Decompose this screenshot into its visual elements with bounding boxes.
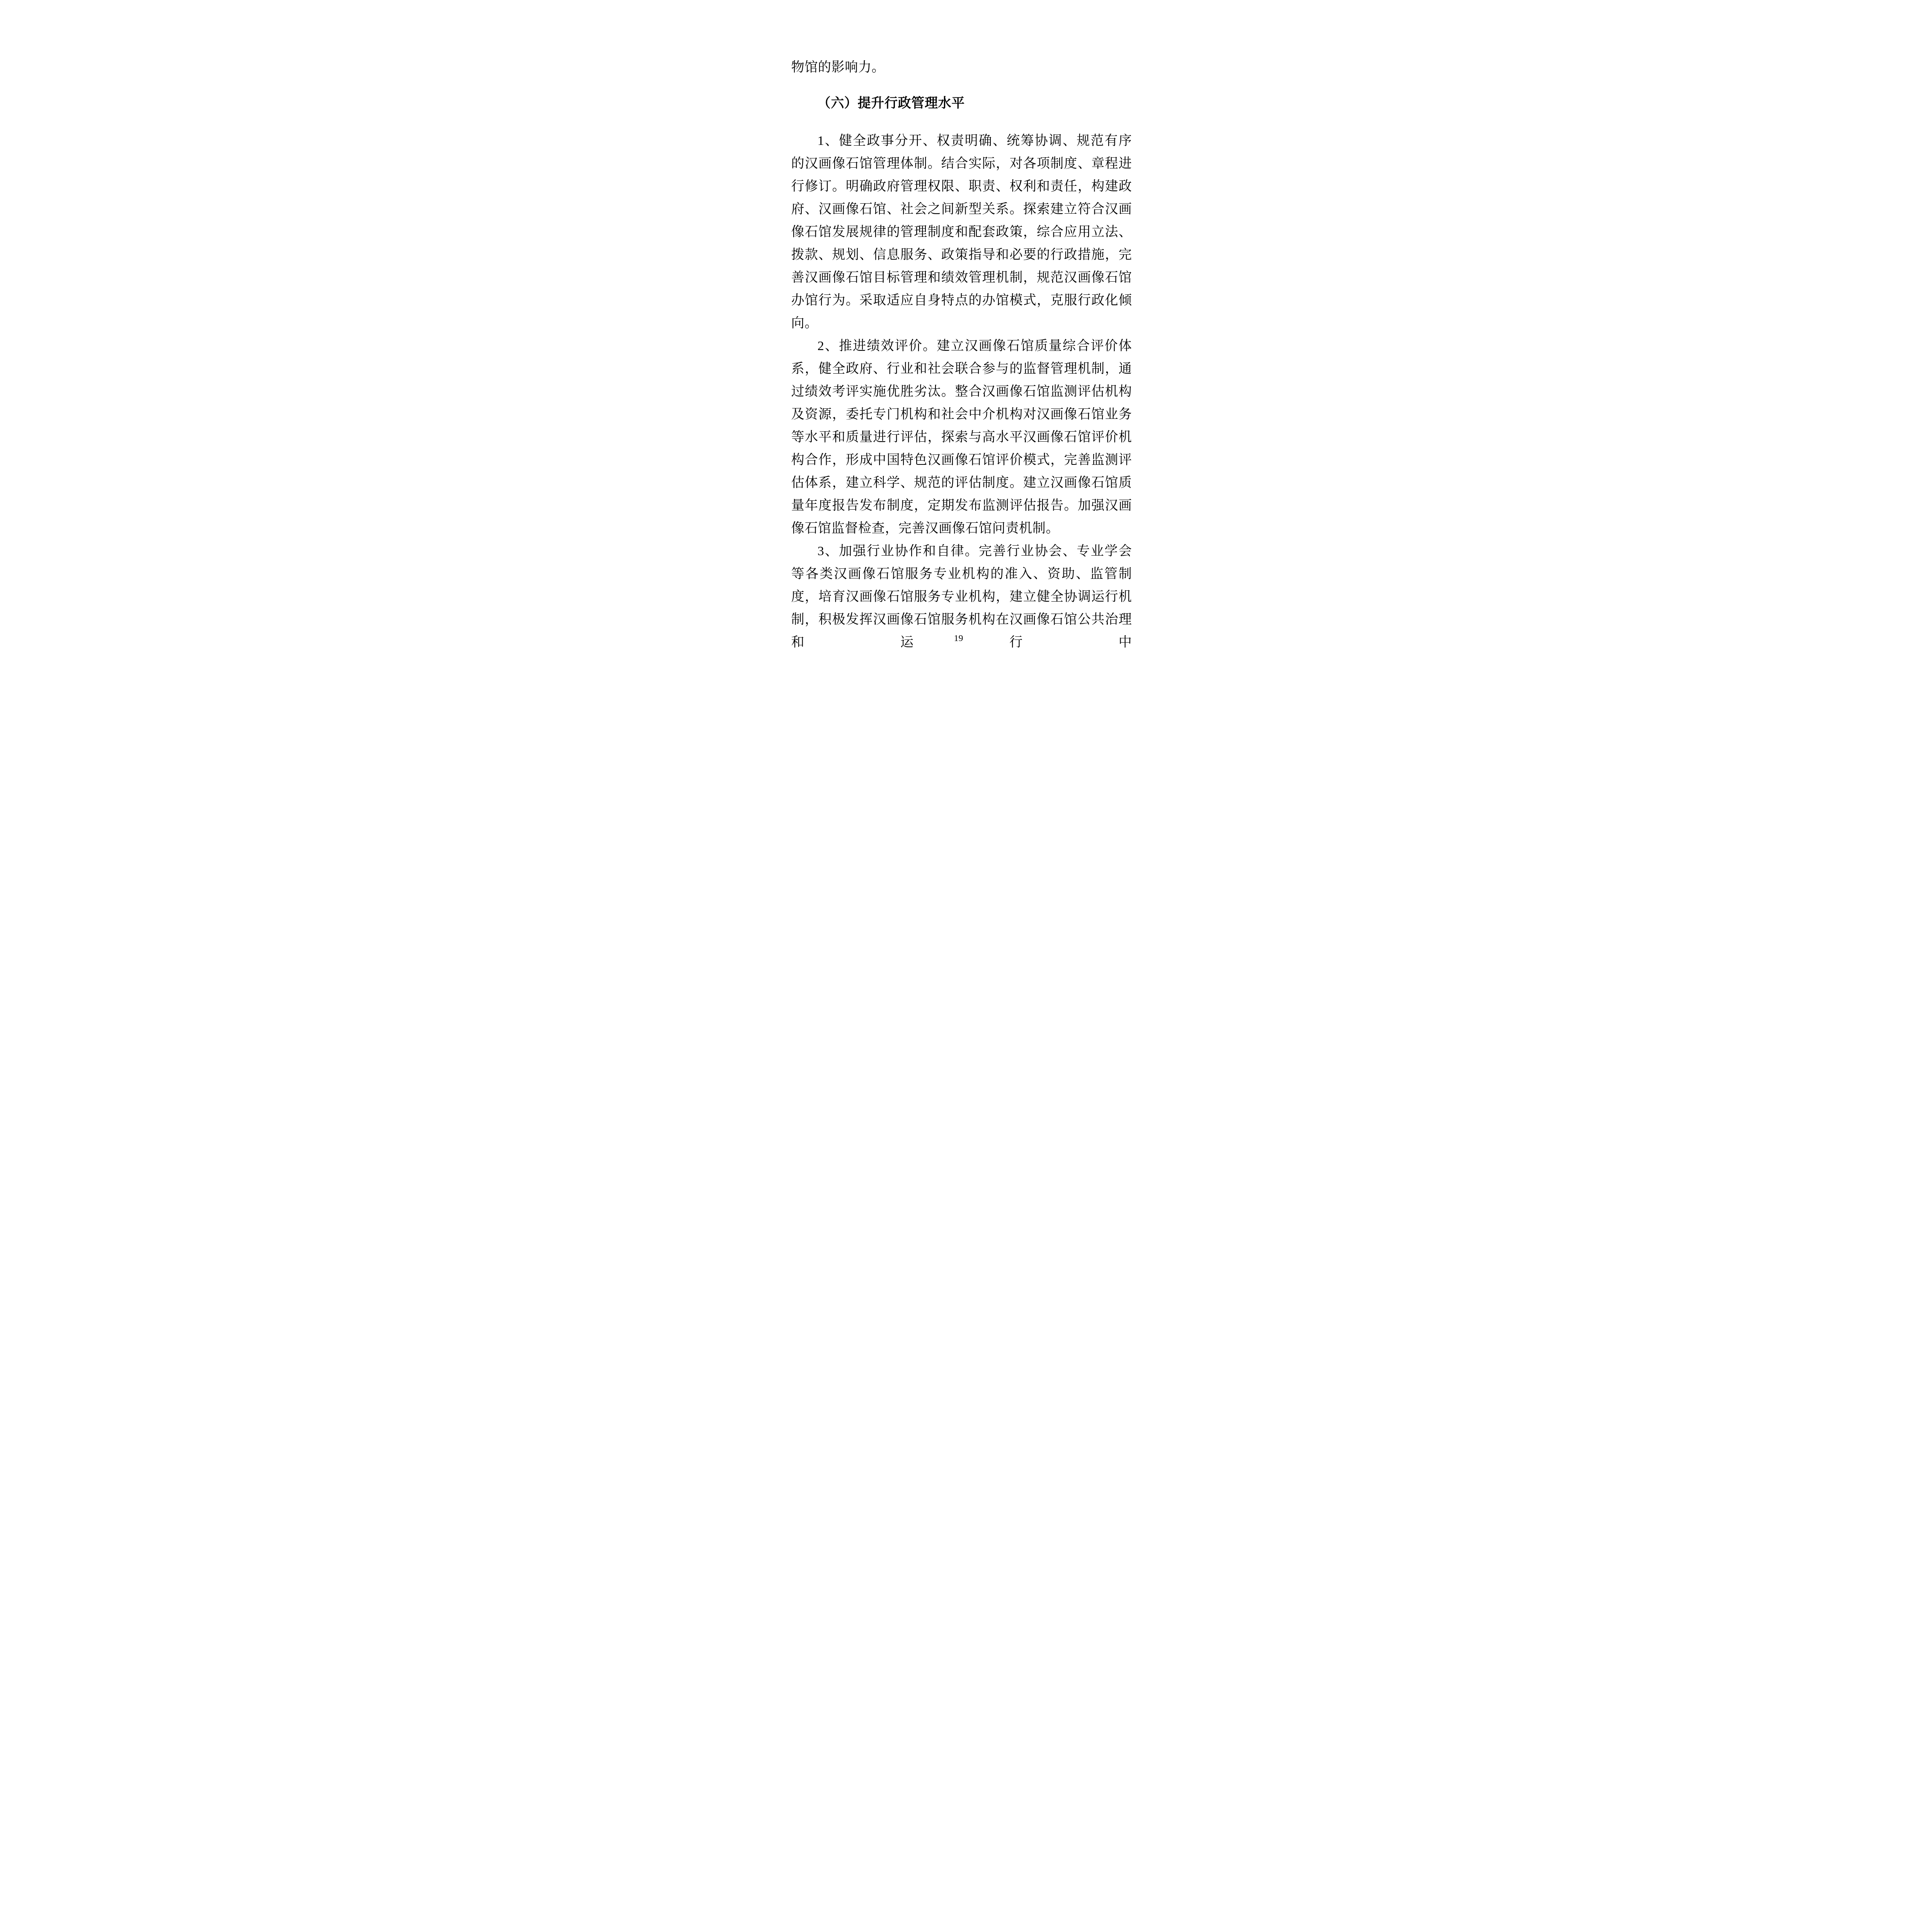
section-heading: （六）提升行政管理水平 xyxy=(791,92,1132,115)
paragraph-2: 2、推进绩效评价。建立汉画像石馆质量综合评价体系，健全政府、行业和社会联合参与的… xyxy=(791,335,1132,540)
document-page: 物馆的影响力。 （六）提升行政管理水平 1、健全政事分开、权责明确、统筹协调、规… xyxy=(719,0,1198,678)
paragraph-1: 1、健全政事分开、权责明确、统筹协调、规范有序的汉画像石馆管理体制。结合实际，对… xyxy=(791,129,1132,335)
continuation-line: 物馆的影响力。 xyxy=(791,56,1132,79)
document-body: 物馆的影响力。 （六）提升行政管理水平 1、健全政事分开、权责明确、统筹协调、规… xyxy=(791,56,1132,654)
page-number: 19 xyxy=(719,633,1198,644)
